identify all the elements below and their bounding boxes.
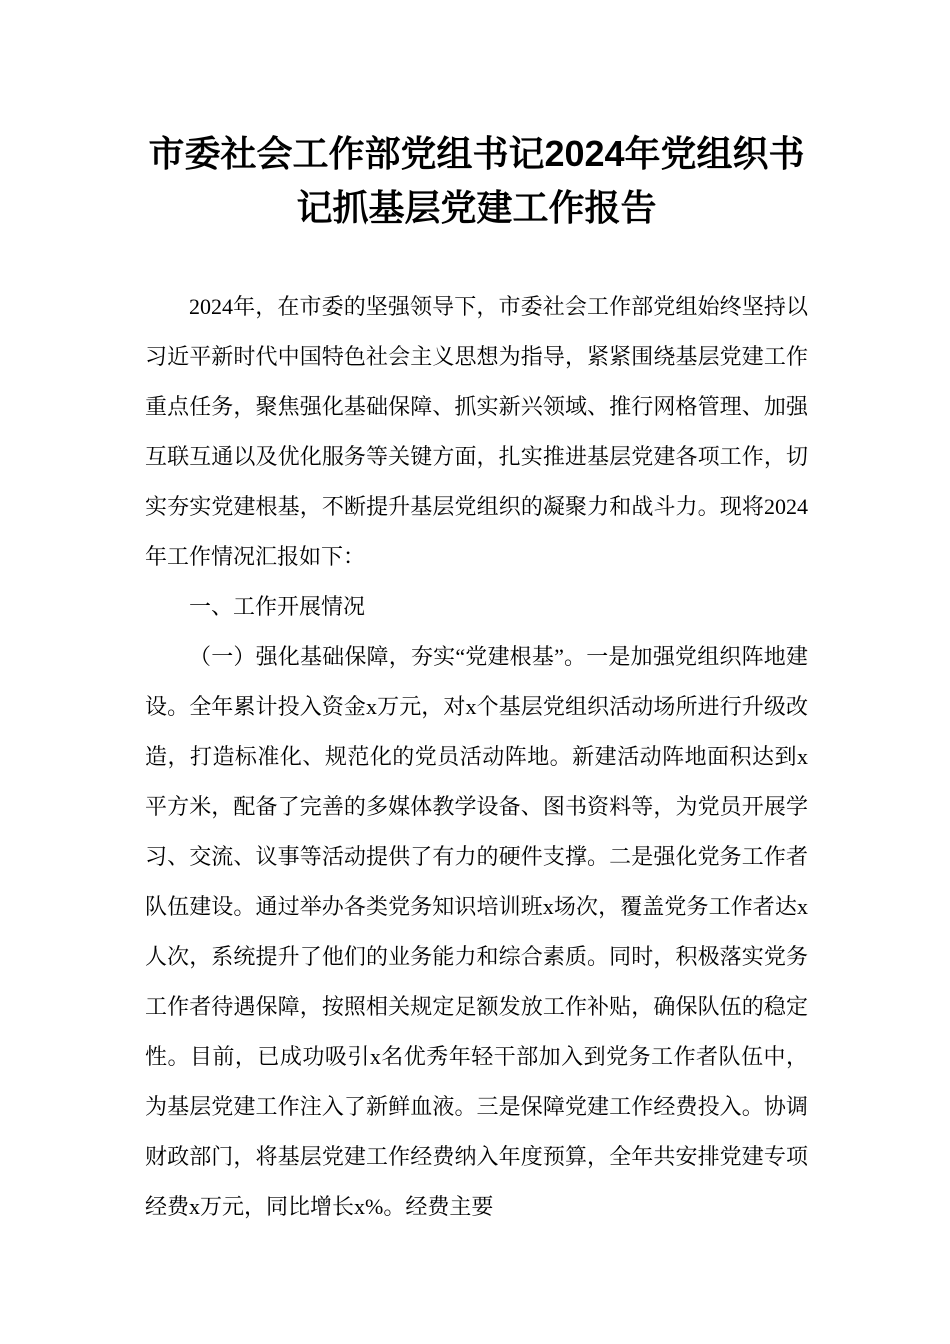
section-1-paragraph: （一）强化基础保障，夯实“党建根基”。一是加强党组织阵地建设。全年累计投入资金x… (145, 632, 808, 1232)
document-title-line-1: 市委社会工作部党组书记2024年党组织书 (145, 127, 808, 181)
document-title-line-2: 记抓基层党建工作报告 (145, 181, 808, 235)
intro-paragraph: 2024年，在市委的坚强领导下，市委社会工作部党组始终坚持以习近平新时代中国特色… (145, 282, 808, 582)
document-body: 2024年，在市委的坚强领导下，市委社会工作部党组始终坚持以习近平新时代中国特色… (145, 282, 808, 1232)
document-title: 市委社会工作部党组书记2024年党组织书 记抓基层党建工作报告 (145, 127, 808, 235)
section-1-heading: 一、工作开展情况 (145, 582, 808, 632)
document-page: 市委社会工作部党组书记2024年党组织书 记抓基层党建工作报告 2024年，在市… (0, 0, 950, 1344)
